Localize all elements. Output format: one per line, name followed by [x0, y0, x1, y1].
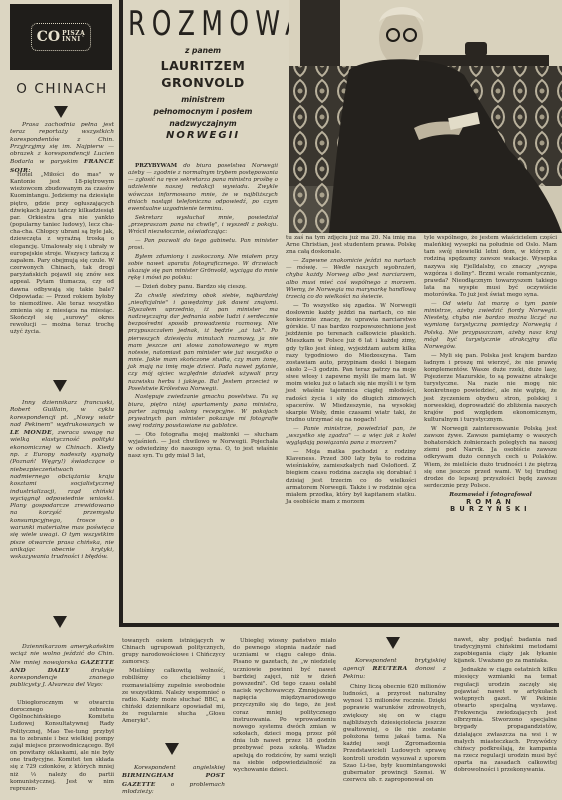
- france-soir-lead: Prasa zachodnia pełna jest teraz reporta…: [10, 122, 114, 175]
- gazette-article-continued: towanych osiem istniejących w Chinach ug…: [122, 638, 225, 727]
- gazette-lead: Dziennikarzom amerykańskim wciąż nie wol…: [10, 644, 114, 690]
- logo-co-text: CO: [37, 29, 60, 45]
- interviewee-role-1: ministrem: [128, 95, 278, 104]
- interviewee-last-name: GRONVOLD: [128, 75, 278, 90]
- le-monde-article: Inny dziennikarz francuski, Robert Guill…: [10, 400, 114, 562]
- interview-column-2: tu zaś na tym zdjęciu już ma 20. Na imię…: [286, 235, 416, 508]
- interview-with: z panem: [128, 46, 278, 55]
- birmingham-lead: Korespondent angielskiej BIRMINGHAM POST…: [122, 765, 225, 796]
- reuters-article-continued: nawet, aby podjąć badania nad tradycyjny…: [454, 637, 557, 776]
- byline-author: ROMAN BURZYŃSKI: [424, 499, 557, 513]
- drop-word: PRZYBYWAM: [135, 163, 177, 169]
- interviewee-role-2: pełnomocnym i posłem: [128, 107, 278, 116]
- france-soir-article: Hotel „Miłości do mas" w Kantonie jest 1…: [10, 172, 114, 338]
- interview-kicker: ROZMOWA: [128, 4, 278, 43]
- minister-portrait-photo: [289, 0, 562, 233]
- reuters-article: Chiny liczą obecnie 620 milionów ludnośc…: [343, 684, 446, 786]
- interview-box-bottom-rule: [119, 623, 559, 627]
- interview-column-1: PRZYBYWAM do biura poselstwa Norwegii aż…: [128, 163, 278, 462]
- gazette-article: Ubiegłorocznym w otwarciu dorocznego zeb…: [10, 700, 114, 795]
- interviewee-country: NORWEGII: [128, 130, 278, 141]
- logo-frame: CO PISZĄ INNI: [31, 23, 91, 51]
- source-reuters: REUTERA: [373, 665, 408, 672]
- interviewee-role-3: nadzwyczajnym: [128, 119, 278, 128]
- triangle-marker-icon: [53, 380, 67, 392]
- birmingham-article: Ubiegłej wiosny państwo miało do pewnego…: [233, 638, 336, 776]
- source-le-monde: LE MONDE: [10, 429, 52, 436]
- reuters-lead: Korespondent brytyjskiej agencji REUTERA…: [343, 658, 446, 681]
- triangle-marker-icon: [386, 637, 400, 649]
- section-title: O CHINACH: [10, 81, 114, 97]
- interview-column-3: tyle wspólnego, że jestem właścicielem c…: [424, 235, 557, 513]
- portrait-image: [289, 0, 562, 233]
- interview-box-left-rule: [119, 0, 123, 627]
- logo-line2: INNI: [62, 37, 85, 44]
- column-logo-co-pisza-inni: CO PISZĄ INNI: [10, 4, 112, 70]
- triangle-marker-icon: [53, 616, 67, 628]
- interviewee-first-name: LAURITZEM: [128, 58, 278, 73]
- triangle-marker-icon: [165, 743, 179, 755]
- triangle-marker-icon: [54, 106, 68, 118]
